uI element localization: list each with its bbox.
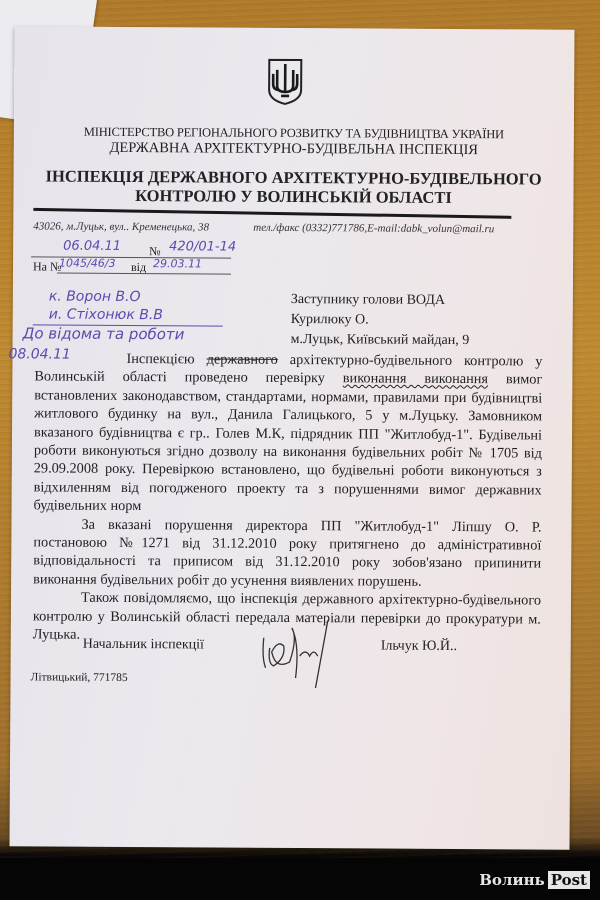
struck-word: державного	[207, 351, 278, 367]
agency-name: ДЕРЖАВНА АРХІТЕКТУРНО-БУДІВЕЛЬНА ІНСПЕКЦ…	[14, 139, 574, 159]
inspection-title-line2: КОНТРОЛЮ У ВОЛИНСЬКІЙ ОБЛАСТІ	[13, 185, 573, 207]
signatory-title: Начальник інспекції	[83, 637, 204, 654]
letter-body: Інспекцією державного архітектурно-будів…	[33, 349, 543, 647]
watermark-part1: Волинь	[479, 871, 545, 889]
office-address: 43026, м.Луцьк, вул.. Кременецька, 38	[33, 220, 209, 233]
recipient-position: Заступнику голови ВОДА	[291, 290, 470, 311]
body-paragraph-1: Інспекцією державного архітектурно-будів…	[34, 349, 543, 518]
recipient-name: Курилюку О.	[291, 310, 470, 331]
reference-date: 29.03.11	[153, 257, 202, 270]
body-text-segment: вимог встановлених законодавством, станд…	[34, 372, 543, 515]
resolution-line1: к. Ворон В.О	[49, 289, 141, 306]
handwritten-signature	[255, 618, 345, 689]
body-paragraph-2: За вказані порушення директора ПП "Житло…	[33, 515, 541, 592]
office-contact: тел./факс (0332)771786,E-mail:dabk_volun…	[253, 222, 494, 235]
resolution-line2: и. Стіхонюк В.В	[49, 307, 163, 324]
inspection-title: ІНСПЕКЦІЯ ДЕРЖАВНОГО АРХІТЕКТУРНО-БУДІВЕ…	[13, 166, 573, 207]
recipient-address: м.Луцьк, Київський майдан, 9	[291, 330, 470, 351]
signatory-name: Ільчук Ю.Й..	[381, 639, 457, 655]
header-divider	[33, 208, 511, 219]
volyn-post-watermark: Волинь Post	[479, 871, 590, 889]
outgoing-date: 06.04.11	[63, 239, 121, 254]
executor: Літвицький, 771785	[30, 671, 127, 684]
official-letter: МІНІСТЕРСТВО РЕГІОНАЛЬНОГО РОЗВИТКУ ТА Б…	[10, 26, 575, 849]
body-text-segment: Інспекцією	[126, 351, 206, 367]
underlined-phrase: виконання виконання	[343, 371, 488, 388]
reference-number: 1045/46/3	[59, 257, 115, 270]
resolution-line3: До відома та роботи	[23, 324, 185, 343]
outgoing-number: 420/01-14	[169, 239, 236, 254]
inspection-title-line1: ІНСПЕКЦІЯ ДЕРЖАВНОГО АРХІТЕКТУРНО-БУДІВЕ…	[14, 166, 574, 188]
watermark-part2: Post	[548, 871, 590, 889]
recipient-block: Заступнику голови ВОДА Курилюку О. м.Луц…	[291, 290, 470, 351]
ukraine-trident-icon	[267, 58, 303, 106]
